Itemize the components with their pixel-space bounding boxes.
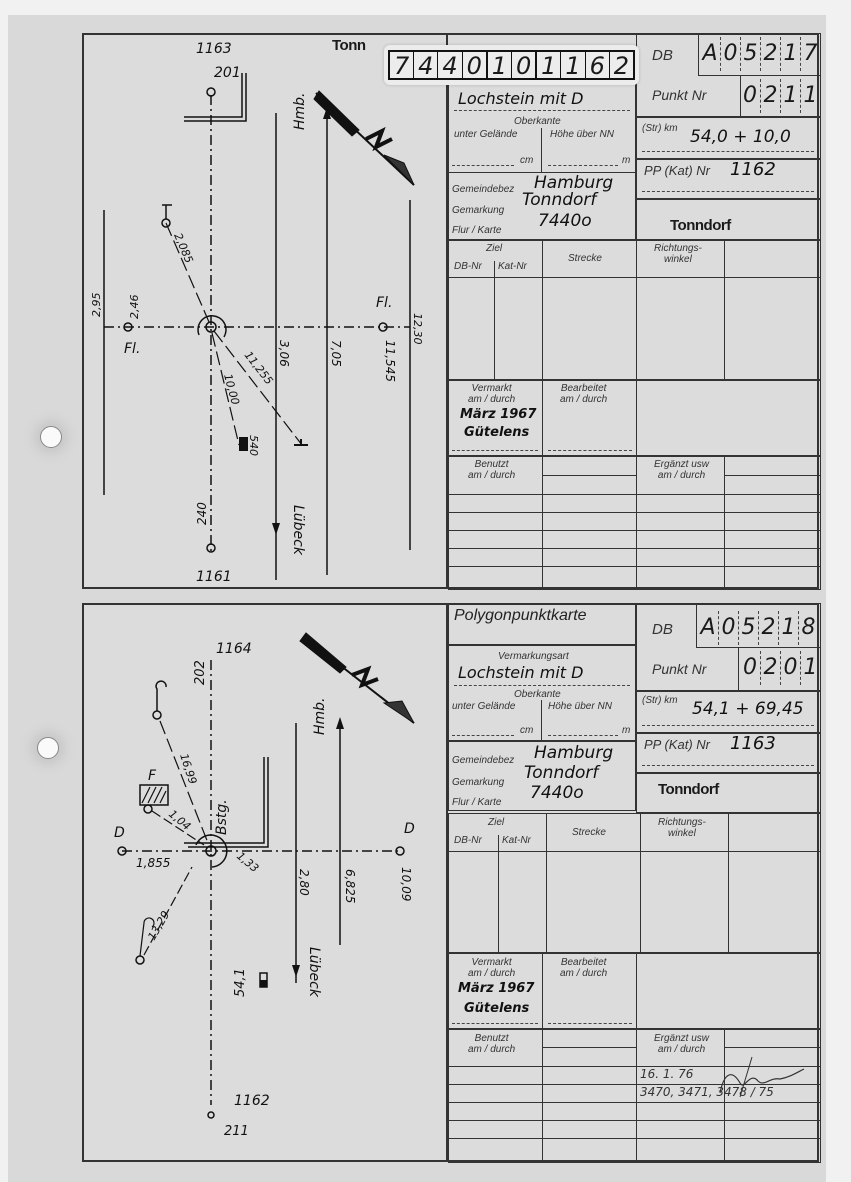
svg-text:1162: 1162 <box>234 1093 270 1109</box>
svg-text:3,06: 3,06 <box>277 340 291 367</box>
card-form: Lochstein mit D Oberkante unter Gelände … <box>448 35 817 587</box>
punkt-label: Punkt Nr <box>652 87 706 103</box>
vermarkt-date: März 1967 <box>458 981 534 996</box>
ergaenzt-entry-date: 16. 1. 76 <box>640 1067 693 1081</box>
ziel-table <box>448 813 821 953</box>
svg-text:1164: 1164 <box>216 641 252 657</box>
svg-text:10,09: 10,09 <box>399 867 413 901</box>
svg-text:D: D <box>114 825 125 841</box>
punkt-number: 0211 <box>740 79 820 113</box>
vermarkt-name: Gütelens <box>464 1001 529 1016</box>
svg-text:2,085: 2,085 <box>171 231 195 265</box>
punch-hole <box>40 426 62 448</box>
svg-text:1,855: 1,855 <box>136 856 170 870</box>
polygon-point-card-bottom: 202 1164 211 1162 F <box>82 603 819 1162</box>
svg-text:16,99: 16,99 <box>177 752 199 786</box>
svg-text:Fl.: Fl. <box>124 341 140 357</box>
db-label: DB <box>652 47 673 64</box>
svg-text:1163: 1163 <box>196 41 232 57</box>
place-stamp: Tonndorf <box>670 217 731 234</box>
vermarkungsart-value: Lochstein mit D <box>458 89 583 108</box>
gemarkung-value: Tonndorf <box>524 763 598 783</box>
svg-text:Bstg.: Bstg. <box>214 799 230 835</box>
punch-hole <box>37 737 59 759</box>
id-number: 7440101162 <box>388 50 635 80</box>
form-title: Polygonpunktkarte <box>454 607 587 625</box>
location-sketch: 1163 201 1161 240 Hmb. Lübeck Fl. Fl. 2,… <box>84 35 448 587</box>
svg-text:11,545: 11,545 <box>383 340 397 382</box>
svg-text:Lübeck: Lübeck <box>290 505 306 556</box>
svg-text:10,00: 10,00 <box>221 372 242 406</box>
gemarkung-value: Tonndorf <box>522 190 596 210</box>
north-arrow-icon <box>314 91 414 185</box>
str-km-value: 54,0 + 10,0 <box>690 127 791 147</box>
place-stamp: Tonndorf <box>658 781 719 798</box>
str-km-value: 54,1 + 69,45 <box>692 699 804 719</box>
svg-text:54,1: 54,1 <box>233 968 248 997</box>
unter-gelaende-label: unter Gelände <box>454 129 517 140</box>
oberkante-label: Oberkante <box>514 116 561 127</box>
svg-text:11,255: 11,255 <box>242 349 276 387</box>
vermarkungsart-value: Lochstein mit D <box>458 663 583 682</box>
polygon-point-card-top: 1163 201 1161 240 Hmb. Lübeck Fl. Fl. 2,… <box>82 33 819 589</box>
flur-value: 7440o <box>538 211 592 231</box>
vermarkt-name: Gütelens <box>464 425 529 440</box>
db-number: A05218 <box>698 611 818 645</box>
svg-text:F: F <box>148 768 157 784</box>
svg-text:202: 202 <box>193 660 208 685</box>
svg-text:201: 201 <box>214 65 241 81</box>
db-number: A05217 <box>700 37 820 71</box>
svg-text:2,95: 2,95 <box>90 293 103 318</box>
svg-text:211: 211 <box>224 1124 249 1139</box>
svg-text:13,29: 13,29 <box>145 909 172 943</box>
svg-text:240: 240 <box>195 502 209 525</box>
svg-text:Hmb.: Hmb. <box>292 92 308 130</box>
svg-text:2,80: 2,80 <box>297 869 311 896</box>
svg-text:Hmb.: Hmb. <box>312 697 328 735</box>
svg-text:12,30: 12,30 <box>411 313 424 345</box>
svg-text:1,33: 1,33 <box>234 849 261 875</box>
hoehe-label: Höhe über NN <box>550 129 614 140</box>
partial-place-stamp: Tonn <box>332 37 366 54</box>
svg-text:7,05: 7,05 <box>329 340 343 367</box>
flur-value: 7440o <box>530 783 584 803</box>
svg-text:6,825: 6,825 <box>343 869 357 903</box>
id-label-sticker: 7440101162 <box>384 45 639 85</box>
svg-text:540: 540 <box>247 435 260 456</box>
svg-text:2,46: 2,46 <box>128 295 141 320</box>
pp-kat-value: 1162 <box>730 159 776 180</box>
card-form: Polygonpunktkarte Vermarkungsart Lochste… <box>448 605 817 1160</box>
svg-text:1161: 1161 <box>196 569 232 585</box>
punkt-number: 0201 <box>740 651 820 685</box>
pp-kat-value: 1163 <box>730 733 776 754</box>
svg-text:Lübeck: Lübeck <box>306 947 322 998</box>
svg-text:D: D <box>404 821 415 837</box>
location-sketch: 202 1164 211 1162 F <box>84 605 448 1160</box>
svg-text:Fl.: Fl. <box>376 295 392 311</box>
gemeindebez-value: Hamburg <box>534 743 613 763</box>
signature-icon <box>710 1053 810 1103</box>
vermarkt-date: März 1967 <box>460 407 536 422</box>
